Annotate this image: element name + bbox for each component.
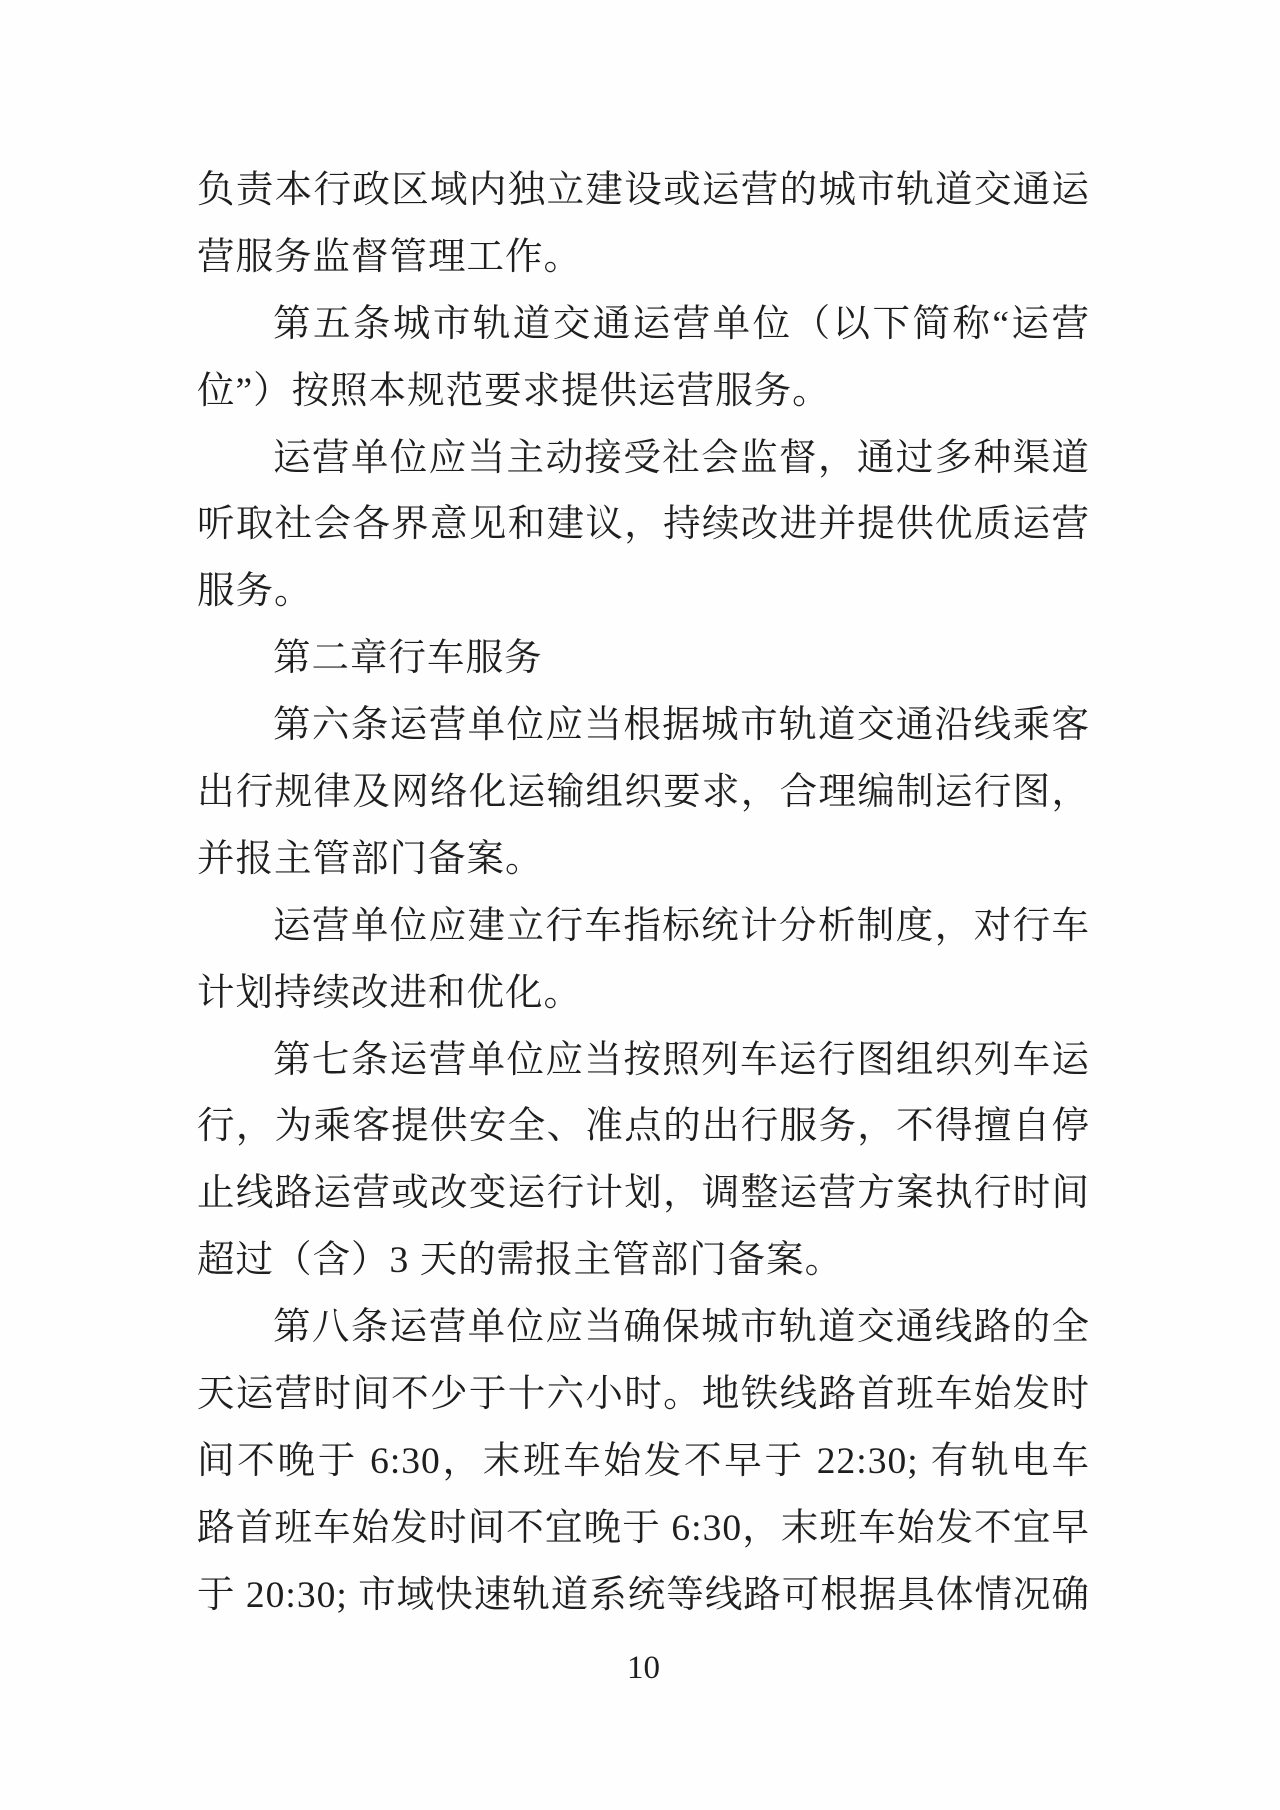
text-line: 第七条运营单位应当按照列车运行图组织列车运 — [197, 1028, 1090, 1095]
text-line: 第六条运营单位应当根据城市轨道交通沿线乘客 — [197, 693, 1090, 760]
document-body: 负责本行政区域内独立建设或运营的城市轨道交通运营服务监督管理工作。第五条城市轨道… — [197, 158, 1090, 1630]
text-line: 听取社会各界意见和建议，持续改进并提供优质运营 — [197, 492, 1090, 559]
text-line: 负责本行政区域内独立建设或运营的城市轨道交通运 — [197, 158, 1090, 225]
text-line: 服务。 — [197, 559, 1090, 626]
text-line: 天运营时间不少于十六小时。地铁线路首班车始发时 — [197, 1362, 1090, 1429]
text-line: 并报主管部门备案。 — [197, 827, 1090, 894]
text-line: 出行规律及网络化运输组织要求，合理编制运行图， — [197, 760, 1090, 827]
text-line: 间不晚于 6:30，末班车始发不早于 22:30; 有轨电车线 — [197, 1429, 1090, 1496]
text-line: 第五条城市轨道交通运营单位（以下简称“运营单 — [197, 292, 1090, 359]
text-line: 营服务监督管理工作。 — [197, 225, 1090, 292]
text-line: 止线路运营或改变运行计划，调整运营方案执行时间 — [197, 1161, 1090, 1228]
text-line: 运营单位应建立行车指标统计分析制度，对行车 — [197, 894, 1090, 961]
text-line: 第二章行车服务 — [197, 626, 1090, 693]
text-line: 位”）按照本规范要求提供运营服务。 — [197, 359, 1090, 426]
text-line: 路首班车始发时间不宜晚于 6:30，末班车始发不宜早 — [197, 1496, 1090, 1563]
text-line: 第八条运营单位应当确保城市轨道交通线路的全 — [197, 1295, 1090, 1362]
page-number: 10 — [197, 1646, 1090, 1690]
text-line: 运营单位应当主动接受社会监督，通过多种渠道 — [197, 426, 1090, 493]
text-line: 行，为乘客提供安全、准点的出行服务，不得擅自停 — [197, 1094, 1090, 1161]
text-line: 于 20:30; 市域快速轨道系统等线路可根据具体情况确 — [197, 1563, 1090, 1630]
text-line: 超过（含）3 天的需报主管部门备案。 — [197, 1228, 1090, 1295]
document-page: 负责本行政区域内独立建设或运营的城市轨道交通运营服务监督管理工作。第五条城市轨道… — [0, 0, 1280, 1810]
text-line: 计划持续改进和优化。 — [197, 961, 1090, 1028]
